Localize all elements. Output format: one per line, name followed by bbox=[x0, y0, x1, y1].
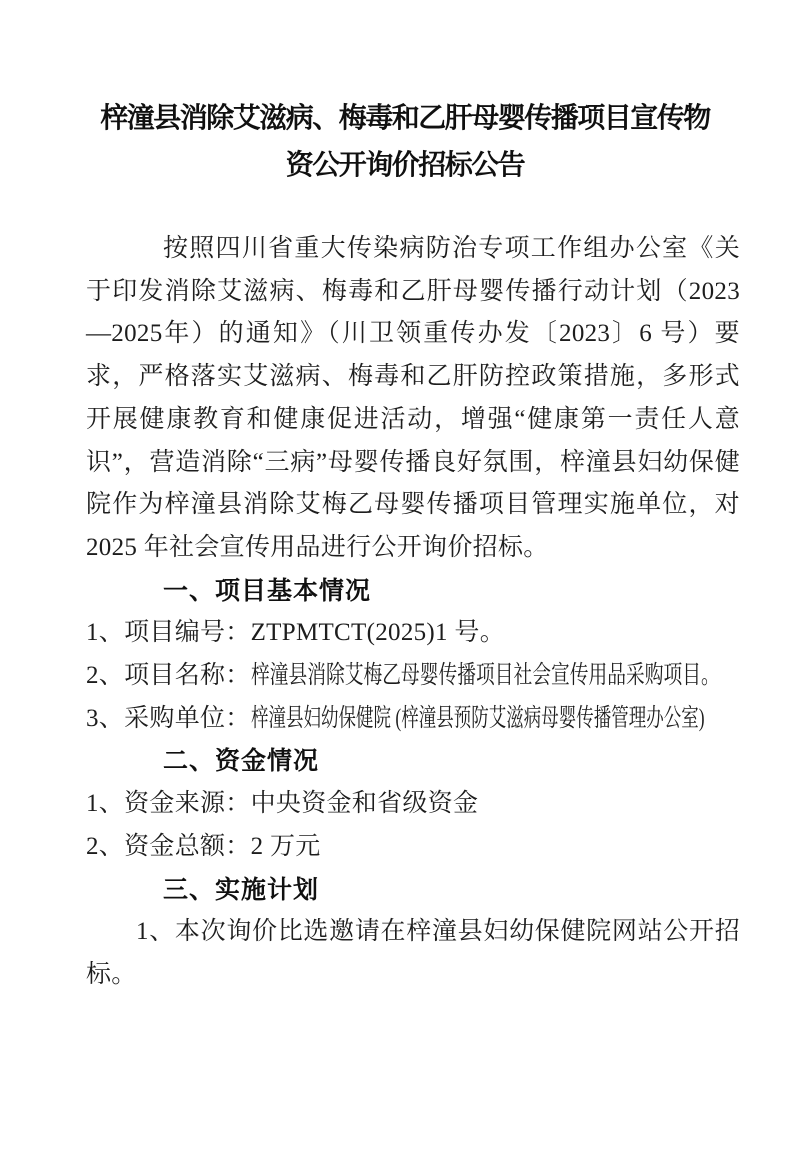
item-funding-source: 1、资金来源：中央资金和省级资金 bbox=[86, 783, 740, 826]
item-project-number: 1、项目编号：ZTPMTCT(2025)1 号。 bbox=[86, 612, 740, 655]
document-body: 按照四川省重大传染病防治专项工作组办公室《关于印发消除艾滋病、梅毒和乙肝母婴传播… bbox=[86, 228, 740, 997]
section-heading-implementation-plan: 三、实施计划 bbox=[86, 869, 740, 912]
item-project-name-label: 2、项目名称： bbox=[86, 662, 251, 689]
section-heading-basic-info: 一、项目基本情况 bbox=[86, 570, 740, 613]
intro-paragraph: 按照四川省重大传染病防治专项工作组办公室《关于印发消除艾滋病、梅毒和乙肝母婴传播… bbox=[86, 228, 740, 570]
section-heading-funding: 二、资金情况 bbox=[86, 740, 740, 783]
document-title-line-1: 梓潼县消除艾滋病、梅毒和乙肝母婴传播项目宣传物 bbox=[0, 95, 810, 142]
document-title-line-2: 资公开询价招标公告 bbox=[0, 142, 810, 189]
item-purchasing-unit-label: 3、采购单位： bbox=[86, 705, 251, 732]
item-project-name: 2、项目名称：梓潼县消除艾梅乙母婴传播项目社会宣传用品采购项目。 bbox=[86, 655, 740, 698]
item-purchasing-unit-value: 梓潼县妇幼保健院 (梓潼县预防艾滋病母婴传播管理办公室) bbox=[251, 698, 705, 741]
document-title: 梓潼县消除艾滋病、梅毒和乙肝母婴传播项目宣传物 资公开询价招标公告 bbox=[0, 0, 810, 189]
implementation-plan-paragraph: 1、本次询价比选邀请在梓潼县妇幼保健院网站公开招标。 bbox=[86, 911, 740, 996]
item-project-name-value: 梓潼县消除艾梅乙母婴传播项目社会宣传用品采购项目。 bbox=[251, 655, 720, 698]
item-purchasing-unit: 3、采购单位：梓潼县妇幼保健院 (梓潼县预防艾滋病母婴传播管理办公室) bbox=[86, 698, 740, 741]
document-page: 梓潼县消除艾滋病、梅毒和乙肝母婴传播项目宣传物 资公开询价招标公告 按照四川省重… bbox=[0, 0, 810, 1150]
item-funding-total: 2、资金总额：2 万元 bbox=[86, 826, 740, 869]
